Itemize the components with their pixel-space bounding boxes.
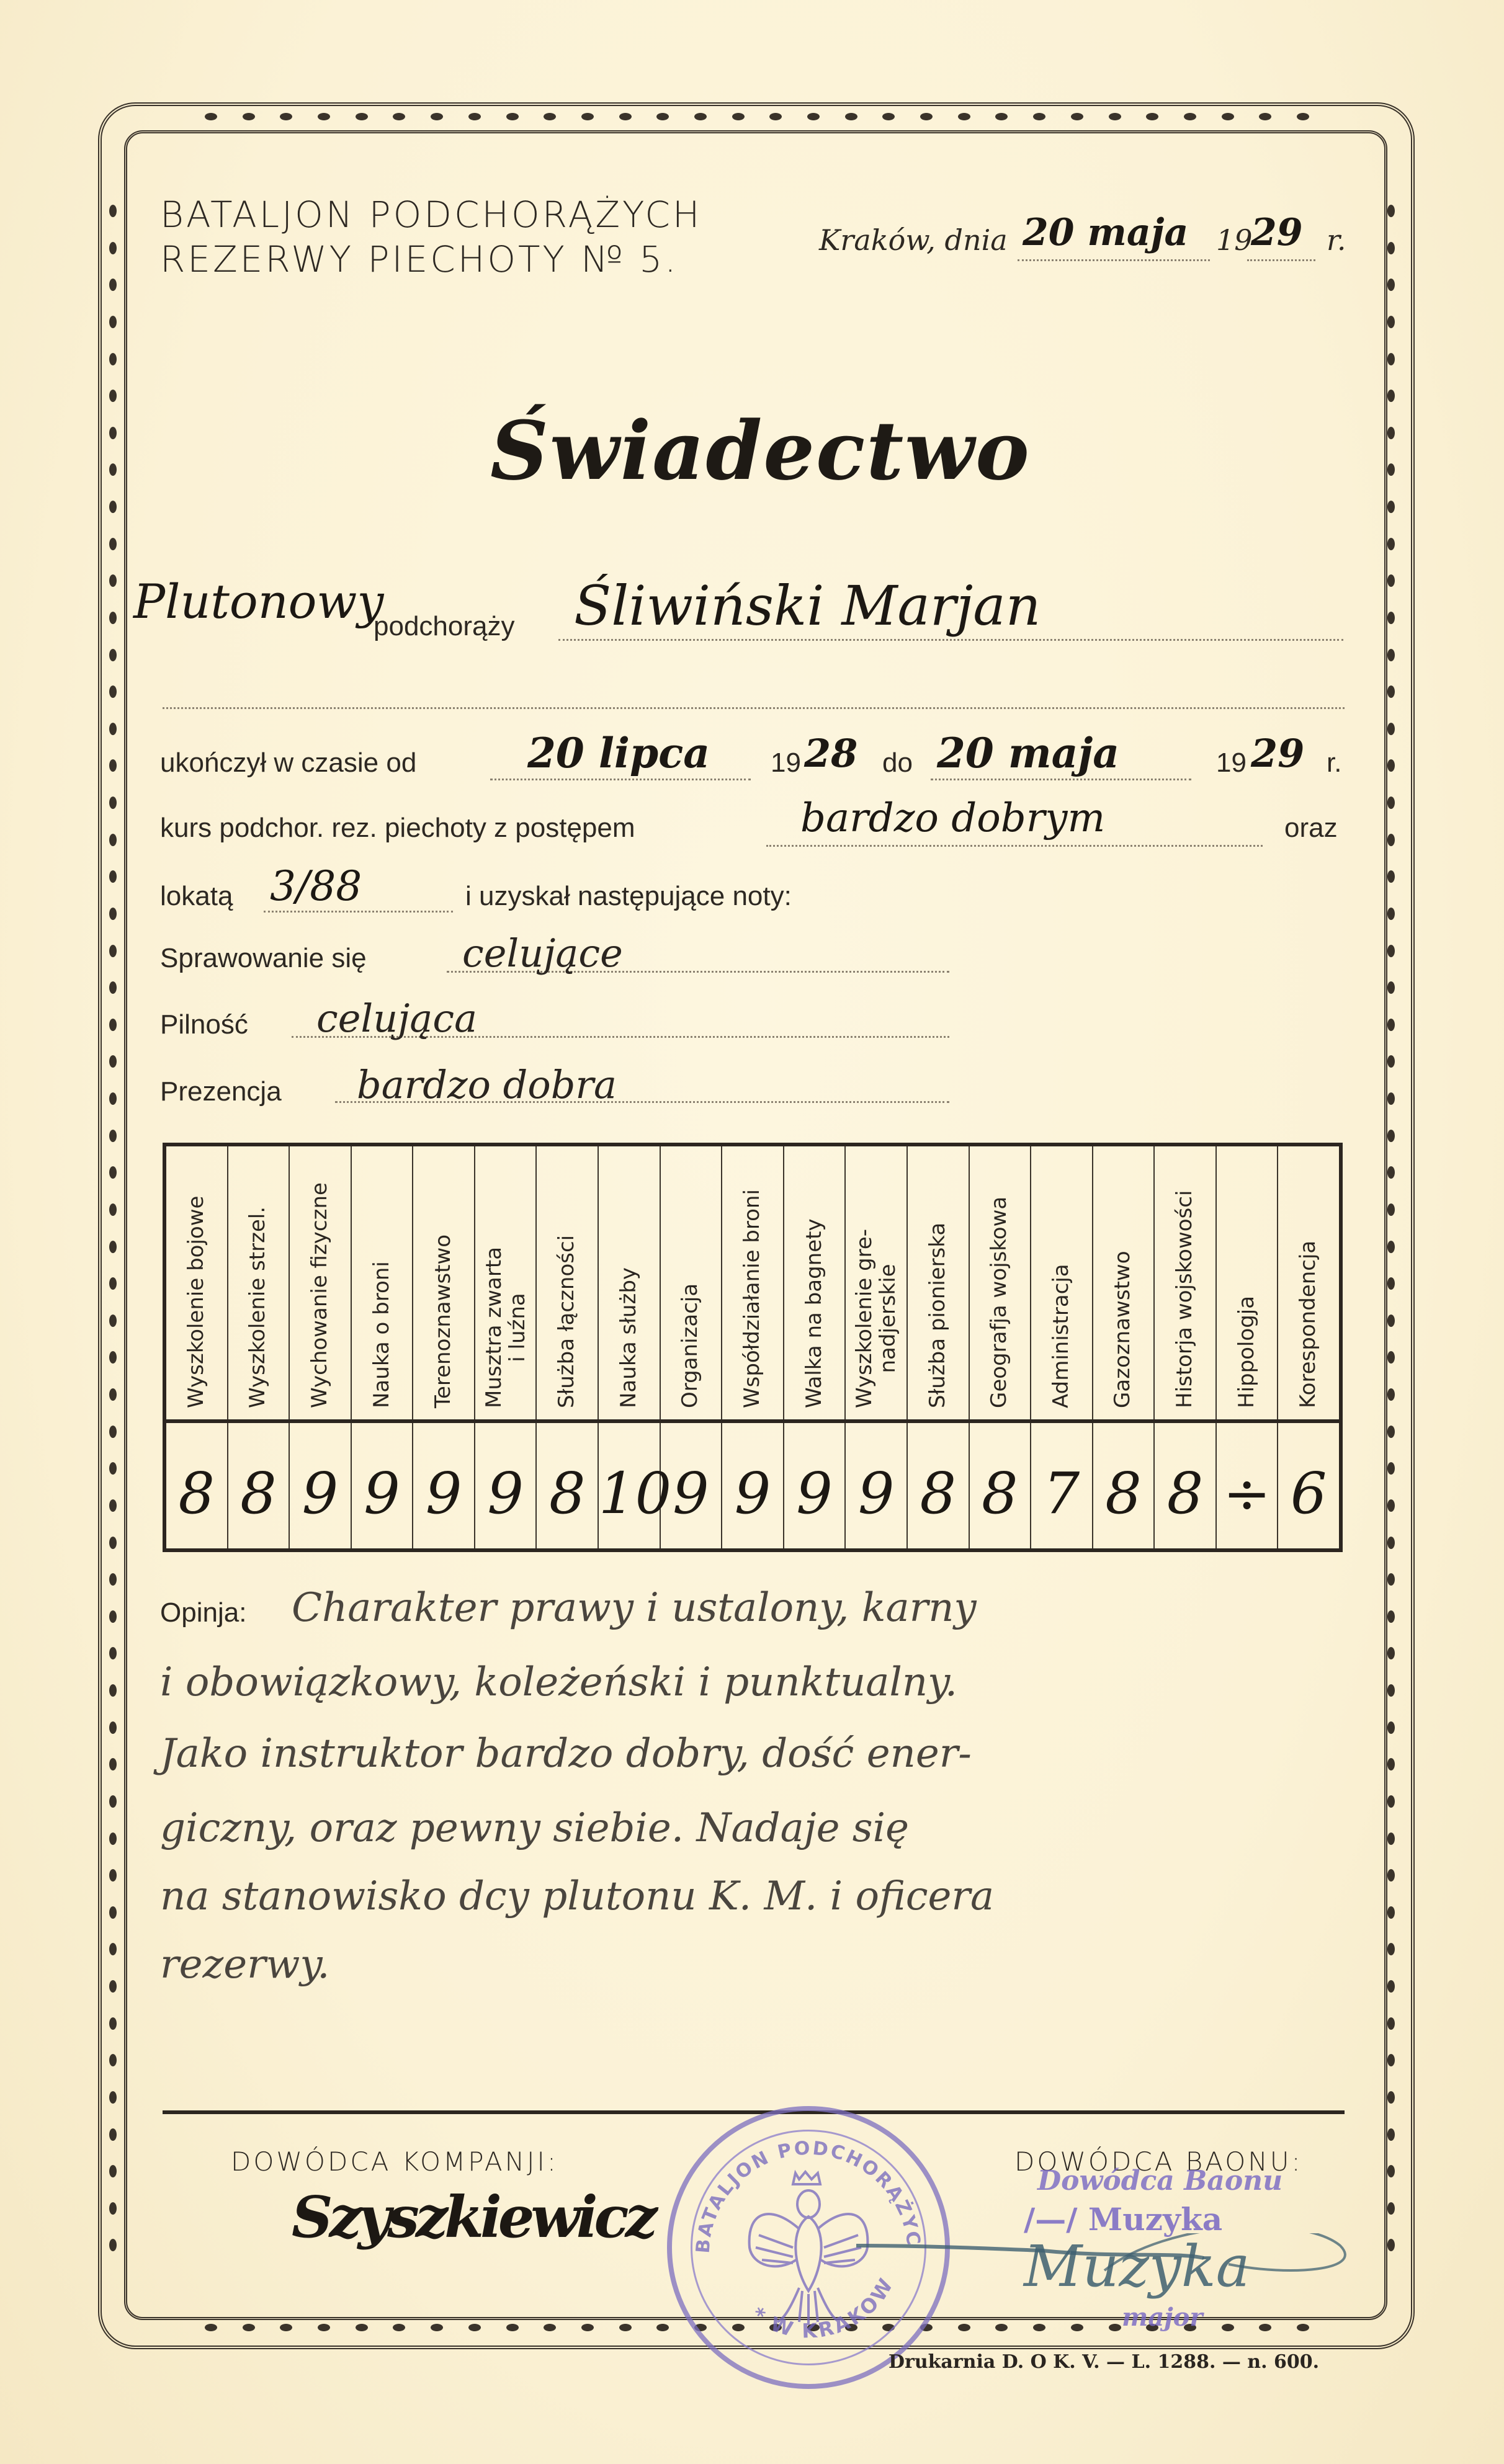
oraz-label: oraz [1284, 813, 1338, 844]
border-dot [1387, 1721, 1395, 1734]
border-dot [1387, 1610, 1395, 1623]
grade-value: 9 [290, 1460, 351, 1527]
grades-value-row: 889999810999988788÷6 [166, 1423, 1339, 1548]
subject-label: Musztra zwarta i luźna [482, 1247, 529, 1408]
grade-cell: 6 [1278, 1423, 1339, 1548]
border-dot [1387, 1092, 1395, 1105]
border-dot [280, 2324, 292, 2331]
border-dot [109, 463, 117, 476]
institution-line-1: BATALJON PODCHORĄŻYCH [160, 192, 702, 237]
border-dot [1387, 1684, 1395, 1697]
border-dot [1387, 1573, 1395, 1586]
border-dot [109, 1573, 117, 1586]
rank-position-dotted-line [264, 911, 453, 913]
border-dot [1387, 1055, 1395, 1068]
subject-label: Terenoznawstwo [431, 1234, 455, 1408]
border-dot [109, 1315, 117, 1327]
border-dot [109, 1832, 117, 1845]
border-dot [1387, 1277, 1395, 1290]
border-dot [109, 1019, 117, 1031]
border-dot [506, 2324, 519, 2331]
border-dot [280, 113, 292, 120]
battalion-stamp-title: Dowódca Baonu [1037, 2165, 1282, 2197]
border-dot [1387, 1462, 1395, 1475]
grade-value: ÷ [1217, 1460, 1278, 1527]
border-dot [1387, 2239, 1395, 2251]
border-dot [1387, 390, 1395, 402]
border-dot [1387, 1388, 1395, 1401]
border-dot [109, 1499, 117, 1512]
opinion-line-2: i obowiązkowy, koleżeński i punktualny. [160, 1659, 957, 1705]
border-dot [109, 279, 117, 291]
grade-column-header: Historja wojskowości [1155, 1146, 1217, 1419]
subject-label: Nauka o broni [370, 1261, 393, 1408]
border-dot [769, 113, 782, 120]
border-dot [109, 2017, 117, 2030]
border-dot [619, 113, 632, 120]
border-dot [431, 113, 443, 120]
grade-cell: 8 [908, 1423, 970, 1548]
conduct-label: Sprawowanie się [160, 943, 367, 974]
year-handwritten: 29 [1251, 211, 1303, 254]
grade-column-header: Nauka o broni [352, 1146, 414, 1419]
border-dot [109, 685, 117, 698]
grade-value: 8 [166, 1460, 227, 1527]
border-dot [243, 113, 255, 120]
certificate-paper: BATALJON PODCHORĄŻYCH REZERWY PIECHOTY №… [0, 0, 1504, 2464]
border-dot [109, 1462, 117, 1475]
grade-value: 10 [599, 1460, 660, 1527]
border-dot [205, 2324, 217, 2331]
border-dot [1387, 463, 1395, 476]
grade-column-header: Nauka służby [599, 1146, 661, 1419]
grade-column-header: Terenoznawstwo [413, 1146, 475, 1419]
grade-cell: 9 [784, 1423, 846, 1548]
border-dot [109, 2128, 117, 2141]
border-dot [1387, 2054, 1395, 2066]
from-year-suffix: 28 [804, 731, 857, 776]
border-dot [393, 113, 405, 120]
signature-flourish-icon [856, 2233, 1365, 2332]
grade-value: 9 [352, 1460, 413, 1527]
subject-label: Nauka służby [617, 1267, 640, 1408]
border-dots-left [107, 205, 119, 2252]
grade-value: 6 [1278, 1460, 1339, 1527]
border-dot [431, 2324, 443, 2331]
grades-table: Wyszkolenie bojoweWyszkolenie strzel.Wyc… [163, 1143, 1343, 1552]
to-year-suffix: 29 [1251, 731, 1304, 776]
date-handwritten: 20 maja [1023, 211, 1188, 254]
border-dot [1387, 427, 1395, 439]
place-label: Kraków, dnia [819, 223, 1008, 257]
grade-cell: 10 [599, 1423, 661, 1548]
border-dot [1387, 1315, 1395, 1327]
notes-label: i uzyskał następujące noty: [465, 881, 792, 912]
border-dot [109, 1388, 117, 1401]
border-dot [109, 501, 117, 513]
appearance-value: bardzo dobra [357, 1062, 617, 1107]
border-dot [109, 1130, 117, 1142]
border-dot [109, 2165, 117, 2177]
border-dot [1387, 1241, 1395, 1253]
grade-cell: 8 [1155, 1423, 1217, 1548]
border-dot [109, 1610, 117, 1623]
rank-handwritten: Plutonowy [133, 574, 383, 629]
border-dot [1387, 649, 1395, 661]
border-dot [109, 1537, 117, 1549]
border-dot [619, 2324, 632, 2331]
grade-column-header: Gazoznawstwo [1093, 1146, 1155, 1419]
border-dots-top [205, 110, 1309, 123]
border-dot [1387, 1869, 1395, 1881]
border-dot [243, 2324, 255, 2331]
border-dot [694, 113, 707, 120]
grade-cell: 8 [228, 1423, 290, 1548]
border-dot [995, 113, 1008, 120]
opinion-line-5: na stanowisko dcy plutonu K. M. i oficer… [160, 1873, 994, 1919]
border-dot [109, 945, 117, 957]
opinion-line-4: giczny, oraz pewny siebie. Nadaje się [160, 1805, 909, 1851]
from-year-prefix: 19 [771, 748, 801, 779]
opinion-line-3: Jako instruktor bardzo dobry, dość ener- [160, 1731, 972, 1777]
grade-cell: 9 [661, 1423, 723, 1548]
border-dot [205, 113, 217, 120]
border-dot [1387, 723, 1395, 735]
border-dot [1387, 1537, 1395, 1549]
border-dot [109, 723, 117, 735]
border-dot [109, 1647, 117, 1659]
opinion-line-1: Charakter prawy i ustalony, karny [292, 1585, 977, 1631]
border-dot [506, 113, 519, 120]
border-dot [109, 1869, 117, 1881]
border-dot [1387, 1351, 1395, 1364]
border-dot [109, 908, 117, 920]
border-dot [109, 1241, 117, 1253]
border-dot [109, 1277, 117, 1290]
grade-column-header: Geografja wojskowa [970, 1146, 1032, 1419]
border-dot [1387, 612, 1395, 624]
rank-printed: podchorąży [374, 611, 514, 642]
border-dot [109, 427, 117, 439]
grade-value: 8 [908, 1460, 969, 1527]
grade-column-header: Wychowanie fizyczne [290, 1146, 352, 1419]
border-dot [1387, 205, 1395, 217]
conduct-value: celujące [462, 931, 623, 976]
grade-value: 8 [228, 1460, 289, 1527]
border-dot [109, 1092, 117, 1105]
border-dot [1387, 945, 1395, 957]
subject-label: Walka na bagnety [802, 1218, 826, 1408]
border-dot [1387, 797, 1395, 809]
grade-cell: 8 [166, 1423, 228, 1548]
subject-label: Wyszkolenie strzel. [246, 1207, 269, 1408]
border-dot [1387, 574, 1395, 587]
progress-value: bardzo dobrym [800, 795, 1105, 841]
to-dotted-line [931, 779, 1191, 780]
border-dot [109, 242, 117, 254]
opinion-line-6: rezerwy. [160, 1942, 329, 1988]
border-dot [1387, 834, 1395, 846]
border-dot [109, 2054, 117, 2066]
diligence-label: Pilność [160, 1009, 248, 1040]
border-dot [1387, 1906, 1395, 1919]
progress-dotted-line [766, 845, 1263, 847]
completed-label: ukończył w czasie od [160, 748, 416, 779]
border-dot [732, 113, 745, 120]
border-dot [109, 612, 117, 624]
grade-cell: 9 [475, 1423, 537, 1548]
border-dot [109, 1055, 117, 1068]
subject-label: Hippologja [1235, 1296, 1258, 1408]
border-dot [1387, 1019, 1395, 1031]
border-dot [544, 113, 556, 120]
border-dot [807, 113, 820, 120]
to-year-prefix: 19 [1216, 748, 1247, 779]
border-dot [109, 870, 117, 883]
border-dot [1387, 1758, 1395, 1770]
grade-column-header: Musztra zwarta i luźna [475, 1146, 537, 1419]
subject-label: Organizacja [678, 1283, 702, 1408]
company-commander-signature: Szyszkiewicz [292, 2184, 654, 2251]
border-dot [109, 538, 117, 550]
border-dot [109, 1426, 117, 1438]
grade-value: 9 [784, 1460, 845, 1527]
border-dot [109, 1980, 117, 1993]
border-dot [109, 205, 117, 217]
border-dot [1387, 2091, 1395, 2104]
grade-cell: 7 [1031, 1423, 1093, 1548]
border-dot [109, 1684, 117, 1697]
border-dot [882, 113, 895, 120]
subject-label: Administracja [1049, 1264, 1073, 1408]
border-dot [109, 316, 117, 328]
border-dot [1387, 1795, 1395, 1808]
border-dot [1387, 1499, 1395, 1512]
border-dot [1387, 685, 1395, 698]
subject-label: Geografja wojskowa [987, 1197, 1011, 1408]
printer-note: Drukarnia D. O K. V. — L. 1288. — n. 600… [889, 2351, 1319, 2373]
border-dot [1387, 2017, 1395, 2030]
grade-value: 9 [475, 1460, 536, 1527]
to-r-label: r. [1327, 748, 1341, 779]
border-dot [109, 834, 117, 846]
border-dot [1387, 908, 1395, 920]
border-dot [468, 2324, 481, 2331]
border-dot [109, 2239, 117, 2251]
grade-column-header: Służba łączności [537, 1146, 599, 1419]
grade-cell: 8 [970, 1423, 1032, 1548]
border-dot [1387, 2165, 1395, 2177]
border-dot [318, 113, 330, 120]
subject-label: Służba pionierska [926, 1223, 949, 1408]
border-dot [1184, 113, 1196, 120]
border-dot [109, 649, 117, 661]
grade-cell: 9 [290, 1423, 352, 1548]
border-dot [1033, 113, 1045, 120]
subject-label: Współdziałanie broni [740, 1189, 764, 1408]
border-dot [1387, 501, 1395, 513]
subject-label: Korespondencja [1296, 1241, 1320, 1408]
border-dot [1387, 1130, 1395, 1142]
grade-value: 7 [1031, 1460, 1092, 1527]
grade-value: 8 [1093, 1460, 1154, 1527]
border-dot [845, 113, 857, 120]
subject-label: Wychowanie fizyczne [308, 1182, 331, 1408]
grade-cell: 8 [1093, 1423, 1155, 1548]
border-dot [356, 113, 368, 120]
blank-dotted-line [163, 707, 1345, 709]
border-dot [920, 113, 933, 120]
border-dot [109, 1721, 117, 1734]
rank-position-value: 3/88 [270, 862, 362, 910]
border-dot [958, 113, 970, 120]
border-dot [1222, 113, 1234, 120]
border-dot [1259, 113, 1271, 120]
border-dot [1387, 353, 1395, 365]
border-dot [109, 390, 117, 402]
border-dot [356, 2324, 368, 2331]
border-dot [1297, 113, 1309, 120]
border-dot [1387, 1203, 1395, 1216]
from-date: 20 lipca [527, 729, 710, 777]
border-dot [468, 113, 481, 120]
grade-value: 8 [970, 1460, 1031, 1527]
border-dot [109, 1758, 117, 1770]
grade-cell: 8 [537, 1423, 599, 1548]
border-dot [109, 981, 117, 994]
grade-column-header: Hippologja [1217, 1146, 1279, 1419]
subject-label: Historja wojskowości [1173, 1190, 1196, 1408]
grade-cell: 9 [413, 1423, 475, 1548]
border-dot [109, 2091, 117, 2104]
border-dot [109, 1166, 117, 1179]
grade-value: 9 [661, 1460, 722, 1527]
recipient-name: Śliwiński Marjan [574, 574, 1041, 638]
border-dot [1387, 759, 1395, 772]
border-dot [1387, 242, 1395, 254]
border-dot [1109, 113, 1121, 120]
grade-cell: 9 [846, 1423, 908, 1548]
grade-column-header: Wyszkolenie strzel. [228, 1146, 290, 1419]
grade-column-header: Wyszkolenie gre- nadjerskie [846, 1146, 908, 1419]
grade-cell: ÷ [1217, 1423, 1279, 1548]
rank-position-label: lokatą [160, 881, 233, 912]
border-dot [544, 2324, 556, 2331]
border-dot [1387, 279, 1395, 291]
border-dot [1387, 2128, 1395, 2141]
to-date: 20 maja [937, 729, 1119, 777]
grade-column-header: Wyszkolenie bojowe [166, 1146, 228, 1419]
institution-name: BATALJON PODCHORĄŻYCH REZERWY PIECHOTY №… [160, 192, 702, 282]
course-label: kurs podchor. rez. piechoty z postępem [160, 813, 635, 844]
year-dotted-line [1247, 259, 1315, 261]
border-dot [109, 353, 117, 365]
appearance-label: Prezencja [160, 1076, 282, 1107]
border-dot [109, 1351, 117, 1364]
border-dot [393, 2324, 405, 2331]
institution-line-2: REZERWY PIECHOTY № 5. [160, 237, 702, 282]
diligence-value: celująca [316, 996, 477, 1041]
year-r-label: r. [1327, 223, 1346, 257]
grade-value: 8 [1155, 1460, 1215, 1527]
border-dot [1387, 1943, 1395, 1955]
border-dot [109, 2202, 117, 2215]
border-dot [109, 1203, 117, 1216]
name-dotted-line [558, 639, 1343, 641]
border-dot [109, 797, 117, 809]
to-label: do [882, 748, 913, 779]
grade-value: 8 [537, 1460, 598, 1527]
battalion-stamp-name: /—/ Muzyka [1024, 2201, 1222, 2238]
border-dot [109, 574, 117, 587]
border-dot [109, 1943, 117, 1955]
subject-label: Gazoznawstwo [1111, 1251, 1134, 1408]
subject-label: Służba łączności [555, 1235, 578, 1408]
border-dot [1387, 538, 1395, 550]
border-dot [109, 1906, 117, 1919]
border-dot [1387, 2202, 1395, 2215]
grade-cell: 9 [722, 1423, 784, 1548]
grade-value: 9 [846, 1460, 906, 1527]
certificate-title: Świadectwo [490, 403, 1031, 498]
border-dot [109, 759, 117, 772]
date-dotted-line [1018, 259, 1210, 261]
grade-cell: 9 [352, 1423, 414, 1548]
grade-column-header: Służba pionierska [908, 1146, 970, 1419]
border-dots-right [1385, 205, 1397, 2252]
border-dot [656, 2324, 669, 2331]
border-dot [1146, 113, 1158, 120]
from-dotted-line [490, 779, 751, 780]
border-dot [1387, 981, 1395, 994]
subject-label: Wyszkolenie bojowe [184, 1196, 208, 1408]
grade-value: 9 [722, 1460, 783, 1527]
year-prefix: 19 [1216, 223, 1253, 257]
grade-column-header: Walka na bagnety [784, 1146, 846, 1419]
grade-column-header: Organizacja [661, 1146, 723, 1419]
grade-column-header: Administracja [1031, 1146, 1093, 1419]
border-dot [109, 1795, 117, 1808]
company-commander-label: DOWÓDCA KOMPANJI: [231, 2146, 558, 2177]
border-dot [318, 2324, 330, 2331]
opinion-label: Opinja: [160, 1597, 246, 1628]
border-dot [581, 2324, 594, 2331]
grade-value: 9 [413, 1460, 474, 1527]
border-dot [1387, 1166, 1395, 1179]
grades-header-row: Wyszkolenie bojoweWyszkolenie strzel.Wyc… [166, 1146, 1339, 1423]
border-dot [1387, 316, 1395, 328]
subject-label: Wyszkolenie gre- nadjerskie [853, 1229, 900, 1408]
border-dot [656, 113, 669, 120]
border-dot [1387, 1832, 1395, 1845]
border-dot [1387, 870, 1395, 883]
grade-column-header: Współdziałanie broni [722, 1146, 784, 1419]
grade-column-header: Korespondencja [1278, 1146, 1339, 1419]
border-dot [1387, 1980, 1395, 1993]
border-dot [581, 113, 594, 120]
border-dot [1071, 113, 1083, 120]
border-dot [1387, 1426, 1395, 1438]
border-dot [1387, 1647, 1395, 1659]
